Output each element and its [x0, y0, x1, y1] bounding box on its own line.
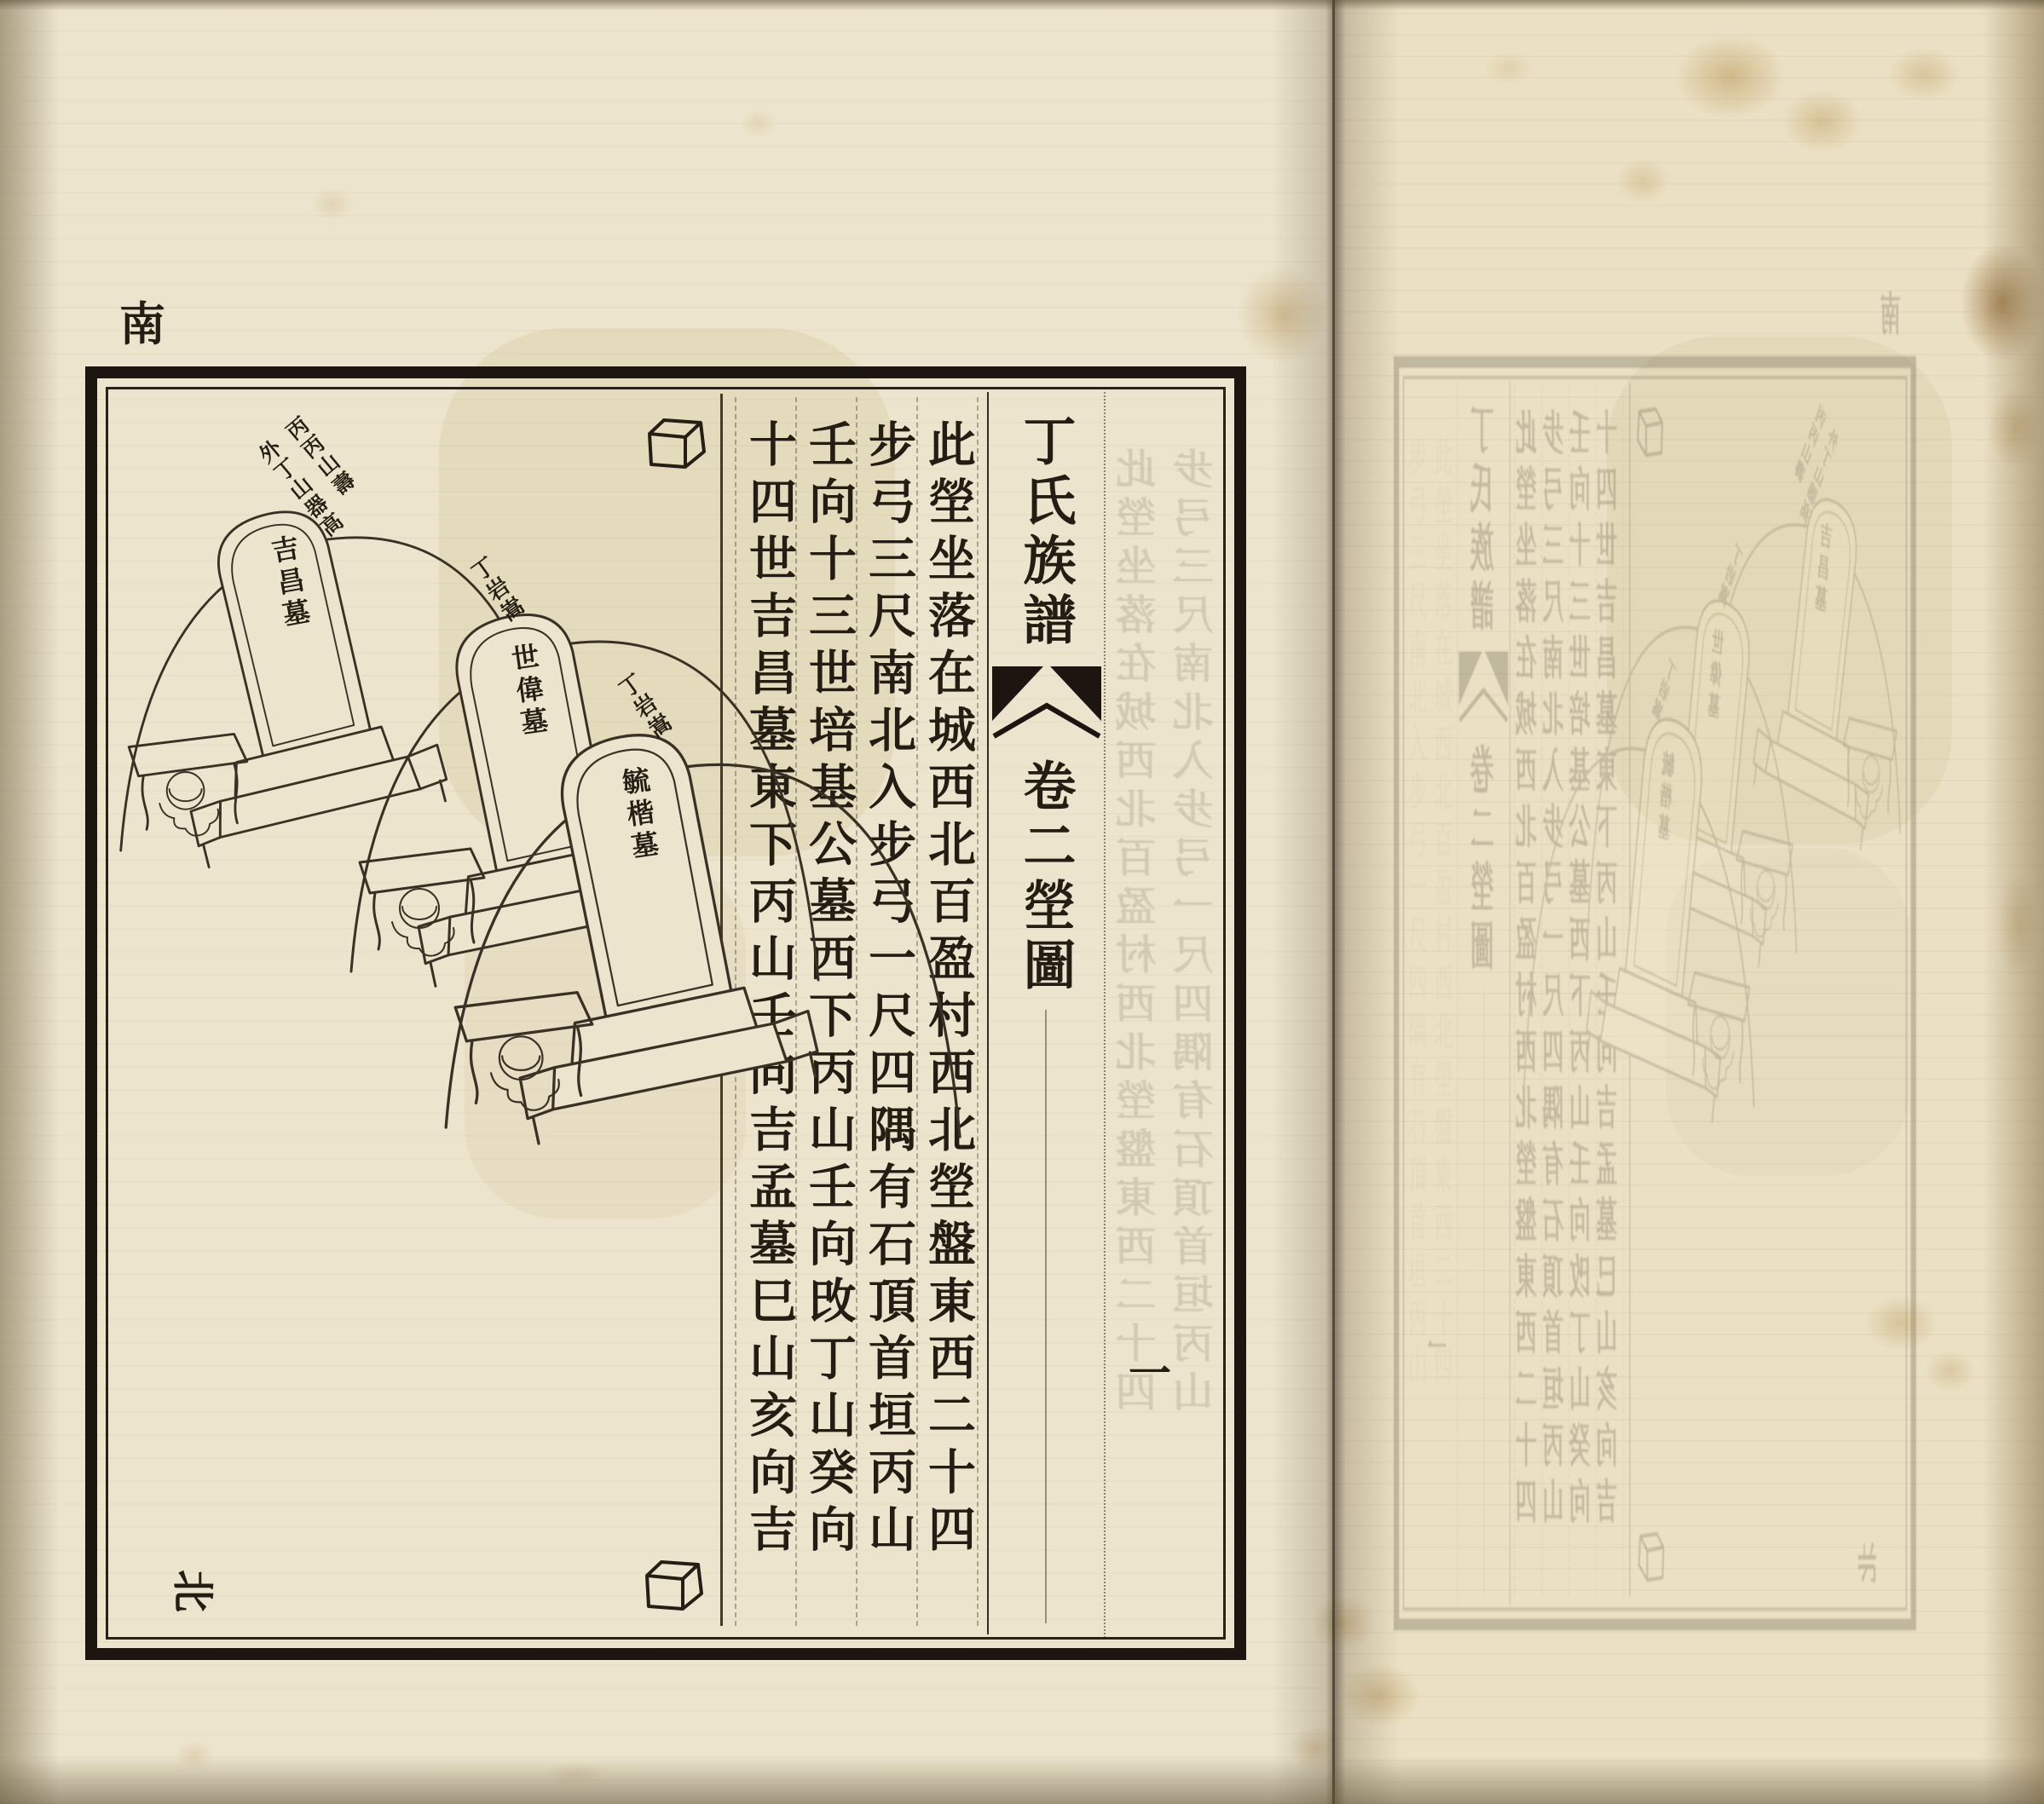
grave-illustration-3 — [435, 724, 979, 1165]
bleed-ghost-column: 步弓三尺南北入步弓一尺四隅有石頂首垣丙山 — [1169, 447, 1221, 1615]
scanned-genealogy-spread: 南 北 西 丁氏族譜 卷二塋圖 一 此塋坐落在城西北百盈 — [0, 0, 2044, 1804]
bleed-ghost-column: 此塋坐落在城西北百盈村西北塋盤東西二十四 — [1112, 447, 1163, 1615]
book-title: 丁氏族譜 — [1011, 413, 1079, 669]
boundary-stone-icon — [641, 1558, 707, 1612]
north-direction-marker: 北 — [173, 1557, 216, 1618]
left-page-print-area: 南 北 西 丁氏族譜 卷二塋圖 一 此塋坐落在城西北百盈 — [85, 366, 1246, 1660]
fishtail-ornament-icon — [990, 665, 1103, 750]
south-direction-marker: 南 — [119, 288, 165, 354]
boundary-stone-icon — [644, 416, 710, 470]
right-page-paper — [1328, 0, 2044, 1804]
volume-title: 卷二塋圖 — [1011, 758, 1079, 1014]
